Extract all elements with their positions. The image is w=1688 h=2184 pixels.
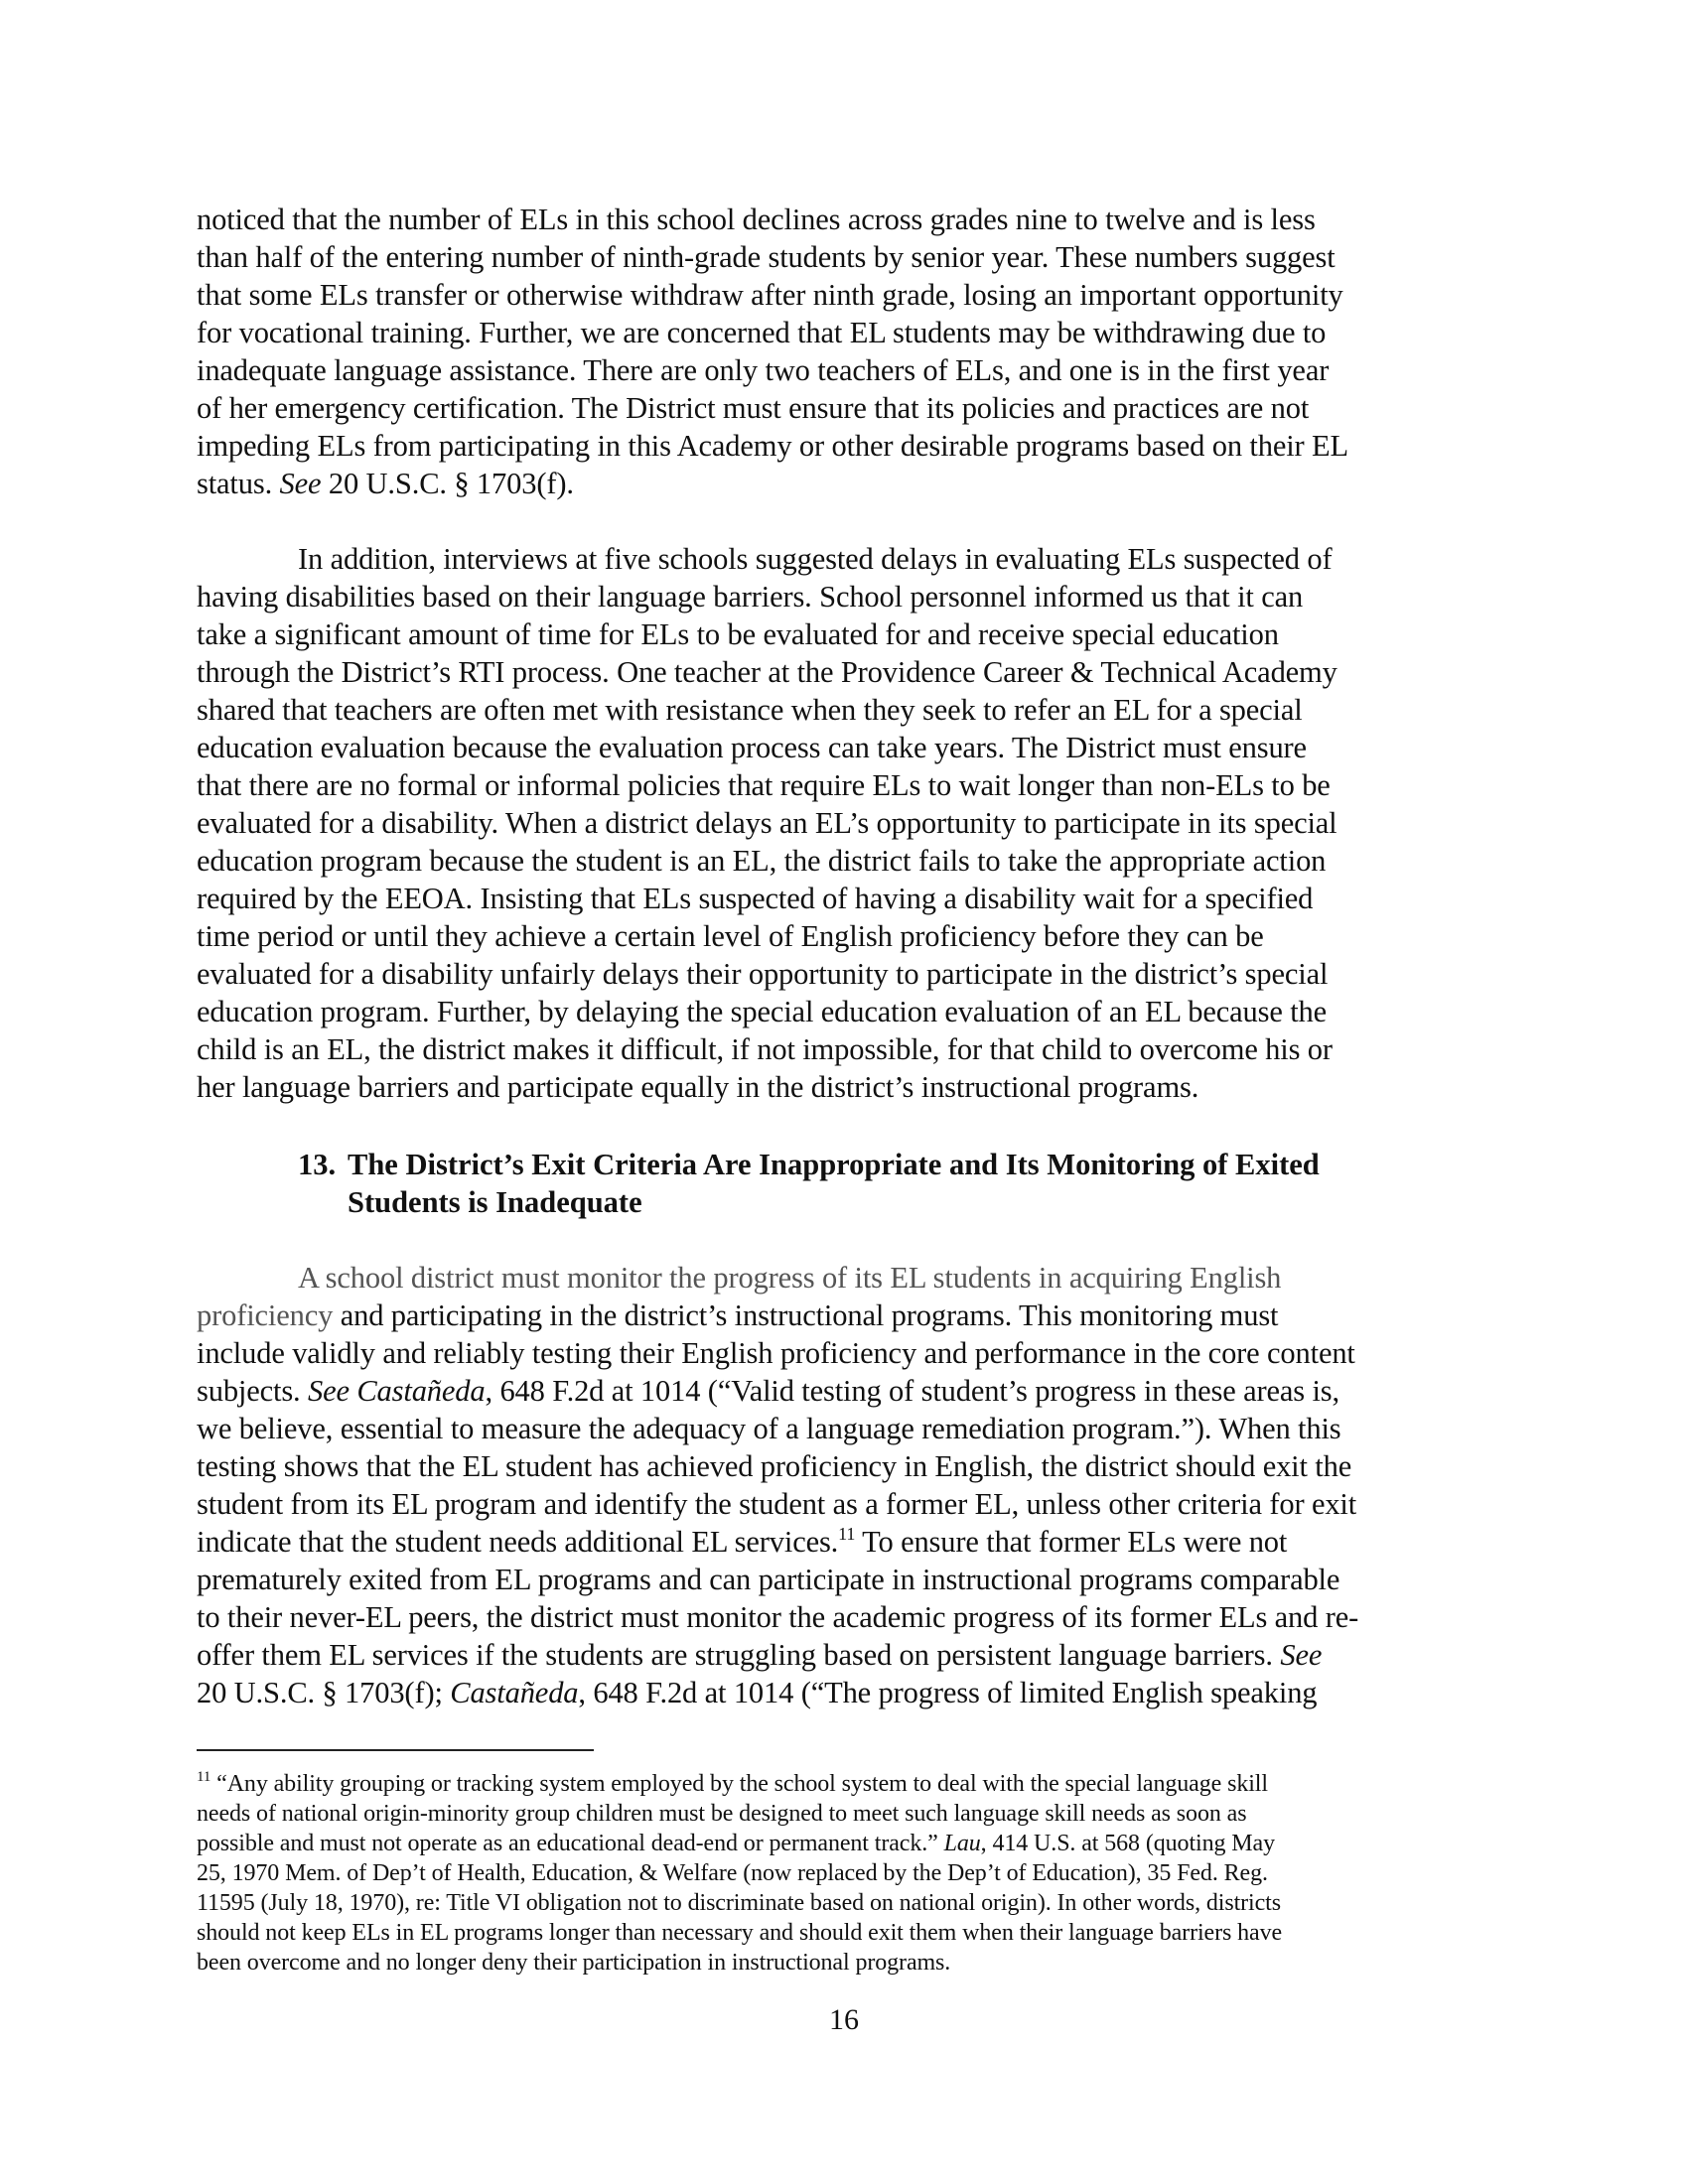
text-span: offer them EL services if the students a… bbox=[197, 1638, 1280, 1672]
citation-signal: See bbox=[1280, 1638, 1322, 1672]
text-line: take a significant amount of time for EL… bbox=[197, 615, 1279, 653]
text-line: for vocational training. Further, we are… bbox=[197, 314, 1326, 351]
case-citation: Lau bbox=[944, 1831, 981, 1856]
text-line: noticed that the number of ELs in this s… bbox=[197, 201, 1316, 238]
text-line: inadequate language assistance. There ar… bbox=[197, 351, 1329, 389]
footnote-line: 11 “Any ability grouping or tracking sys… bbox=[197, 1769, 1268, 1799]
text-line: prematurely exited from EL programs and … bbox=[197, 1561, 1339, 1598]
footnote-line: possible and must not operate as an educ… bbox=[197, 1829, 1275, 1858]
text-span: , 414 U.S. at 568 (quoting May bbox=[981, 1831, 1275, 1856]
text-line: status. See 20 U.S.C. § 1703(f). bbox=[197, 465, 574, 502]
text-span: proficiency bbox=[197, 1298, 333, 1332]
footnote-line: 11595 (July 18, 1970), re: Title VI obli… bbox=[197, 1888, 1281, 1918]
footnote-separator bbox=[197, 1749, 594, 1751]
text-line: student from its EL program and identify… bbox=[197, 1485, 1356, 1523]
text-line: 20 U.S.C. § 1703(f); Castañeda, 648 F.2d… bbox=[197, 1674, 1317, 1711]
case-citation: Castañeda bbox=[450, 1676, 578, 1709]
text-line: evaluated for a disability unfairly dela… bbox=[197, 955, 1328, 993]
case-citation: See Castañeda bbox=[308, 1374, 485, 1408]
statute-citation: 20 U.S.C. § 1703(f); bbox=[197, 1676, 450, 1709]
statute-citation: 20 U.S.C. § 1703(f). bbox=[321, 467, 573, 500]
document-page: noticed that the number of ELs in this s… bbox=[0, 0, 1688, 2184]
text-span: To ensure that former ELs were not bbox=[855, 1525, 1287, 1559]
text-line: of her emergency certification. The Dist… bbox=[197, 389, 1309, 427]
text-line: through the District’s RTI process. One … bbox=[197, 653, 1337, 691]
text-line: include validly and reliably testing the… bbox=[197, 1334, 1355, 1372]
text-line: indicate that the student needs addition… bbox=[197, 1523, 1287, 1561]
footnote-line: should not keep ELs in EL programs longe… bbox=[197, 1918, 1282, 1948]
text-line: A school district must monitor the progr… bbox=[298, 1259, 1281, 1297]
text-line: education program because the student is… bbox=[197, 842, 1326, 880]
text-span: indicate that the student needs addition… bbox=[197, 1525, 838, 1559]
text-line: shared that teachers are often met with … bbox=[197, 691, 1303, 729]
text-line: required by the EEOA. Insisting that ELs… bbox=[197, 880, 1313, 917]
text-line: than half of the entering number of nint… bbox=[197, 238, 1336, 276]
text-line: we believe, essential to measure the ade… bbox=[197, 1410, 1341, 1447]
text-line: subjects. See Castañeda, 648 F.2d at 101… bbox=[197, 1372, 1339, 1410]
text-line: In addition, interviews at five schools … bbox=[298, 540, 1333, 578]
text-line: evaluated for a disability. When a distr… bbox=[197, 804, 1337, 842]
footnote-line: 25, 1970 Mem. of Dep’t of Health, Educat… bbox=[197, 1858, 1268, 1888]
text-line: that there are no formal or informal pol… bbox=[197, 766, 1331, 804]
text-line: offer them EL services if the students a… bbox=[197, 1636, 1322, 1674]
text-line: child is an EL, the district makes it di… bbox=[197, 1030, 1333, 1068]
footnote-marker: 11 bbox=[197, 1769, 211, 1785]
section-title-line: The District’s Exit Criteria Are Inappro… bbox=[348, 1146, 1320, 1183]
citation-signal: See bbox=[280, 467, 322, 500]
text-line: that some ELs transfer or otherwise with… bbox=[197, 276, 1343, 314]
footnote-line: been overcome and no longer deny their p… bbox=[197, 1948, 950, 1978]
section-number: 13. bbox=[298, 1146, 336, 1183]
text-span: subjects. bbox=[197, 1374, 308, 1408]
section-title-line: Students is Inadequate bbox=[348, 1183, 642, 1221]
text-line: time period or until they achieve a cert… bbox=[197, 917, 1264, 955]
text-line: education program. Further, by delaying … bbox=[197, 993, 1327, 1030]
text-line: testing shows that the EL student has ac… bbox=[197, 1447, 1351, 1485]
text-line: to their never-EL peers, the district mu… bbox=[197, 1598, 1358, 1636]
text-line: having disabilities based on their langu… bbox=[197, 578, 1303, 615]
text-span: , 648 F.2d at 1014 (“Valid testing of st… bbox=[486, 1374, 1340, 1408]
text-line: proficiency and participating in the dis… bbox=[197, 1297, 1278, 1334]
text-span: and participating in the district’s inst… bbox=[333, 1298, 1278, 1332]
text-span: possible and must not operate as an educ… bbox=[197, 1831, 944, 1856]
text-span: “Any ability grouping or tracking system… bbox=[211, 1771, 1268, 1797]
text-span: , 648 F.2d at 1014 (“The progress of lim… bbox=[578, 1676, 1317, 1709]
text-line: impeding ELs from participating in this … bbox=[197, 427, 1348, 465]
page-number: 16 bbox=[0, 2003, 1688, 2037]
footnote-line: needs of national origin-minority group … bbox=[197, 1799, 1246, 1829]
text-line: education evaluation because the evaluat… bbox=[197, 729, 1307, 766]
text-line: her language barriers and participate eq… bbox=[197, 1068, 1198, 1106]
text-span: status. bbox=[197, 467, 280, 500]
footnote-reference[interactable]: 11 bbox=[838, 1524, 855, 1544]
